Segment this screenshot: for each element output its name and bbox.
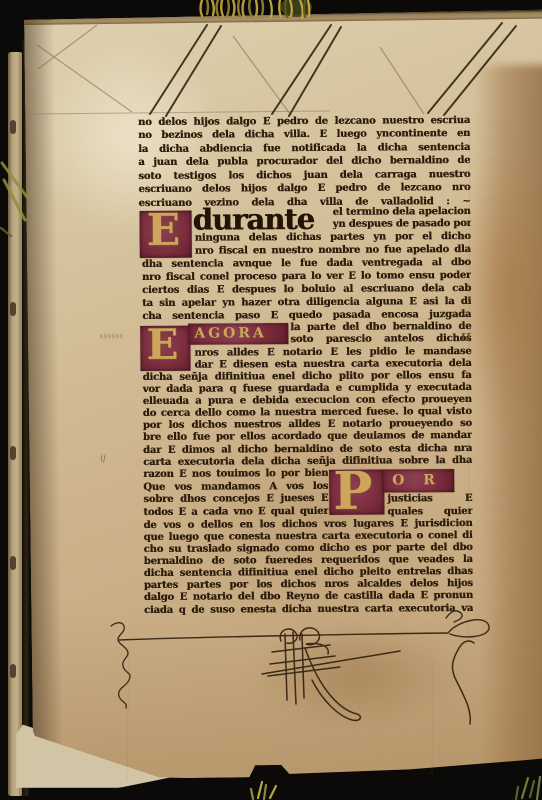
initial-letter-gold: P [333,466,372,518]
manuscript-text-line: a juan dela publa procurador del dicho b… [138,155,470,169]
margin-scribble [100,334,122,338]
manuscript-text-line: razon E nos touimos lo por bien [143,468,328,481]
manuscript-text-line: todos E a cada vno E qual quier [143,506,328,519]
por-title-band: O R [382,469,454,492]
por-band-text: O R [392,472,442,488]
manuscript-text-line: ciertos dias E despues lo boluio al escr… [142,283,471,297]
agora-title-band: AGORA [188,323,288,345]
manuscript-text-line: no bezinos dela dicha villa. E luego ync… [138,128,470,142]
manuscript-text-line: ta sin apelar yn hazer otra diligencia a… [142,296,471,310]
text-block: no delos hijos dalgo E pedro de lezcano … [0,0,542,800]
manuscript-text-line: carta executoria dela dicha señja difini… [143,455,472,469]
illuminated-initial-agora: E [140,326,190,371]
manuscript-text-line: sobre dhos concejos E jueses E [143,493,328,506]
manuscript-text-line: dalgo E notario del dbo Reyno de castill… [144,590,473,604]
manuscript-text-line: no delos hijos dalgo E pedro de lezcano … [138,115,470,129]
manuscript-text-line: justicias E [387,493,472,506]
initial-letter-gold: E [146,320,178,369]
manuscript-text-line: soto parescio antelos dichos [290,333,471,346]
manuscript-text-line: la dicha abdiencia fue notificada la dic… [138,142,470,156]
manuscript-text-line: escriuano delos hijos dalgo E pedro de l… [138,182,470,196]
manuscript-text-line: bre ello fue por ellos acordado que deui… [143,430,472,444]
manuscript-text-line: el termino dela apelacion [333,206,471,219]
manuscript-text-line: ninguna delas dichas partes yn por el di… [195,231,471,245]
initial-letter-gold: E [147,205,181,256]
manuscript-text-line: ciada q de suso enesta dicha nuestra car… [144,603,473,617]
margin-mark-ij: ij [100,453,106,463]
text-lines: no delos hijos dalgo E pedro de lezcano … [0,0,541,1]
manuscript-text-line: dha sentencia avnque le fue dada ventreg… [142,257,471,271]
manuscript-text-line: soto testigos los dichos juan dela carra… [138,169,470,183]
manuscript-text-line: la parte del dho bernaldino de [290,321,471,334]
margin-mark-h: H [460,331,470,344]
manuscript-text-line: Que vos mandamos A vos los [143,481,328,494]
manuscript-text-line: nro fiscal conel proceso para lo ver E l… [142,270,471,284]
illuminated-initial-durante: E [140,211,192,258]
agora-band-text: AGORA [194,325,267,341]
manuscript-text-line: nro fiscal en nuestro nombre no fue apel… [195,244,471,258]
illuminated-initial-por: P [329,470,384,515]
manuscript-text-line: yn despues de pasado por [333,218,471,231]
manuscript-text-line: quales quier [387,506,472,519]
manuscript-photo: no delos hijos dalgo E pedro de lezcano … [0,0,542,800]
